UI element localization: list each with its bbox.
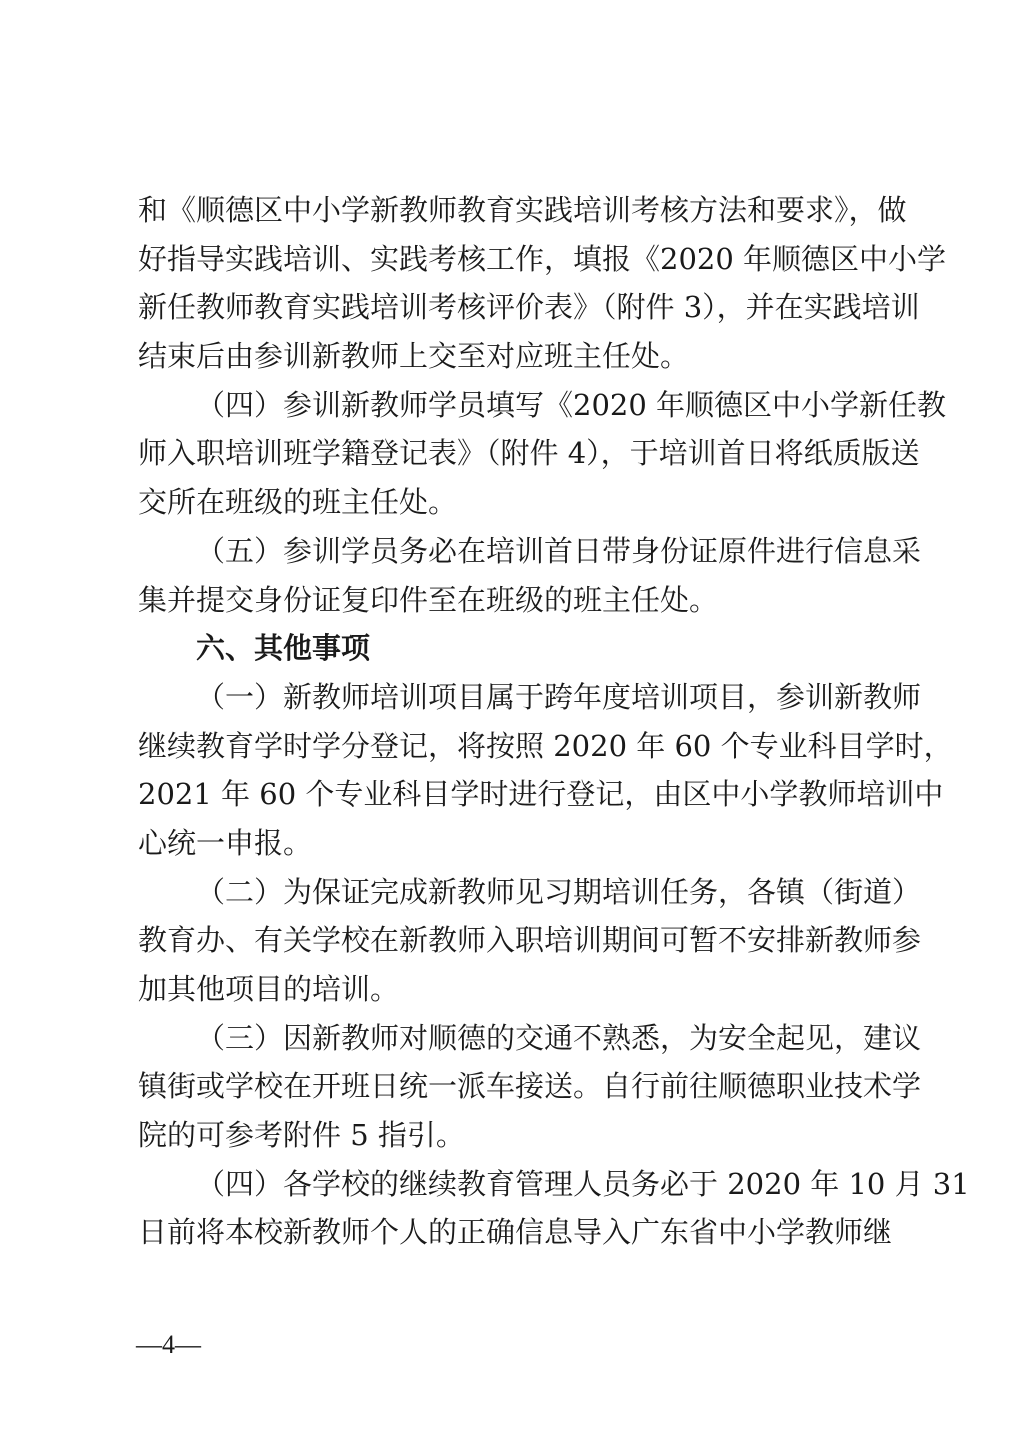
text-line: 加其他项目的培训。 [138,965,890,1014]
paragraph-continuation: 和《顺德区中小学新教师教育实践培训考核方法和要求》，做 好指导实践培训、实践考核… [138,186,890,381]
paragraph-six-4: （四）各学校的继续教育管理人员务必于 2020 年 10 月 31 日前将本校新… [138,1160,890,1257]
document-page: 和《顺德区中小学新教师教育实践培训考核方法和要求》，做 好指导实践培训、实践考核… [0,0,1024,1448]
text-line: 2021 年 60 个专业科目学时进行登记，由区中小学教师培训中 [138,770,890,819]
paragraph-item-5: （五）参训学员务必在培训首日带身份证原件进行信息采 集并提交身份证复印件至在班级… [138,527,890,624]
text-line: 镇街或学校在开班日统一派车接送。自行前往顺德职业技术学 [138,1062,890,1111]
text-line: 和《顺德区中小学新教师教育实践培训考核方法和要求》，做 [138,186,890,235]
text-line: （五）参训学员务必在培训首日带身份证原件进行信息采 [138,527,890,576]
text-line: （四）各学校的继续教育管理人员务必于 2020 年 10 月 31 [138,1160,890,1209]
text-line: 教育办、有关学校在新教师入职培训期间可暂不安排新教师参 [138,916,890,965]
text-line: 好指导实践培训、实践考核工作，填报《2020 年顺德区中小学 [138,235,890,284]
text-line: （三）因新教师对顺德的交通不熟悉，为安全起见，建议 [138,1014,890,1063]
page-number: —4— [136,1330,201,1360]
document-body: 和《顺德区中小学新教师教育实践培训考核方法和要求》，做 好指导实践培训、实践考核… [138,186,890,1257]
paragraph-six-2: （二）为保证完成新教师见习期培训任务，各镇（街道） 教育办、有关学校在新教师入职… [138,868,890,1014]
section-heading: 六、其他事项 [138,624,890,673]
paragraph-item-4: （四）参训新教师学员填写《2020 年顺德区中小学新任教 师入职培训班学籍登记表… [138,381,890,527]
text-line: 交所在班级的班主任处。 [138,478,890,527]
text-line: 新任教师教育实践培训考核评价表》（附件 3），并在实践培训 [138,283,890,332]
paragraph-six-3: （三）因新教师对顺德的交通不熟悉，为安全起见，建议 镇街或学校在开班日统一派车接… [138,1014,890,1160]
text-line: 日前将本校新教师个人的正确信息导入广东省中小学教师继 [138,1208,890,1257]
text-line: （二）为保证完成新教师见习期培训任务，各镇（街道） [138,868,890,917]
text-line: （一）新教师培训项目属于跨年度培训项目，参训新教师 [138,673,890,722]
paragraph-six-1: （一）新教师培训项目属于跨年度培训项目，参训新教师 继续教育学时学分登记，将按照… [138,673,890,868]
text-line: 结束后由参训新教师上交至对应班主任处。 [138,332,890,381]
text-line: 院的可参考附件 5 指引。 [138,1111,890,1160]
text-line: 师入职培训班学籍登记表》（附件 4），于培训首日将纸质版送 [138,429,890,478]
text-line: 心统一申报。 [138,819,890,868]
section-heading-six: 六、其他事项 [138,624,890,673]
text-line: （四）参训新教师学员填写《2020 年顺德区中小学新任教 [138,381,890,430]
text-line: 继续教育学时学分登记，将按照 2020 年 60 个专业科目学时， [138,722,890,771]
text-line: 集并提交身份证复印件至在班级的班主任处。 [138,576,890,625]
